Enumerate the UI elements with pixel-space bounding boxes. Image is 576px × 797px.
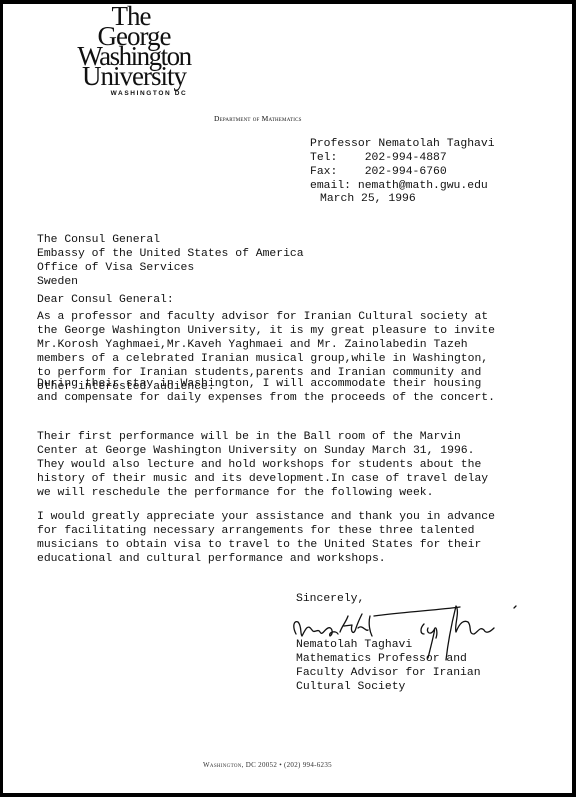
signer-name: Nematolah Taghavi (296, 638, 481, 652)
recipient-address: The Consul General Embassy of the United… (37, 233, 304, 289)
address-line: Office of Visa Services (37, 261, 304, 275)
text-line: As a professor and faculty advisor for I… (37, 310, 557, 324)
text-line: the George Washington University, it is … (37, 324, 557, 338)
letterhead-footer: Washington, DC 20052 • (202) 994-6235 (203, 758, 332, 772)
text-line: They would also lecture and hold worksho… (37, 458, 557, 472)
text-line: educational and cultural performance and… (37, 552, 557, 566)
department-name: Department of Mathematics (214, 112, 302, 126)
text-line: Mr.Korosh Yaghmaei,Mr.Kaveh Yaghmaei and… (37, 338, 557, 352)
signature-block: Nematolah Taghavi Mathematics Professor … (296, 638, 481, 694)
fax-label: Fax: (310, 166, 337, 178)
text-line: members of a celebrated Iranian musical … (37, 352, 557, 366)
text-line: During their stay in Washington, I will … (37, 377, 557, 391)
sender-contact: Professor Nematolah Taghavi Tel: 202-994… (310, 137, 495, 193)
letter-page: The George Washington University WASHING… (3, 4, 572, 793)
address-line: Sweden (37, 275, 304, 289)
body-paragraph: Their first performance will be in the B… (37, 430, 557, 500)
signer-title: Mathematics Professor and (296, 652, 481, 666)
university-logo: The George Washington University WASHING… (49, 6, 219, 101)
address-line: The Consul General (37, 233, 304, 247)
tel-label: Tel: (310, 152, 337, 164)
text-line: I would greatly appreciate your assistan… (37, 510, 557, 524)
tel-number: 202-994-4887 (365, 152, 447, 164)
body-paragraph: During their stay in Washington, I will … (37, 377, 557, 405)
text-line: Center at George Washington University o… (37, 444, 557, 458)
text-line: history of their music and its developme… (37, 472, 557, 486)
email-label: email: (310, 180, 351, 192)
salutation: Dear Consul General: (37, 293, 174, 307)
text-line: and compensate for daily expenses from t… (37, 391, 557, 405)
text-line: we will reschedule the performance for t… (37, 486, 557, 500)
text-line: for facilitating necessary arrangements … (37, 524, 557, 538)
signer-title: Cultural Society (296, 680, 481, 694)
text-line: musicians to obtain visa to travel to th… (37, 538, 557, 552)
fax-number: 202-994-6760 (365, 166, 447, 178)
signer-title: Faculty Advisor for Iranian (296, 666, 481, 680)
address-line: Embassy of the United States of America (37, 247, 304, 261)
body-paragraph: I would greatly appreciate your assistan… (37, 510, 557, 566)
letter-date: March 25, 1996 (320, 192, 416, 206)
text-line: Their first performance will be in the B… (37, 430, 557, 444)
email-address: nemath@math.gwu.edu (358, 180, 488, 192)
sender-name: Professor Nematolah Taghavi (310, 138, 495, 150)
logo-line: University (49, 66, 219, 86)
